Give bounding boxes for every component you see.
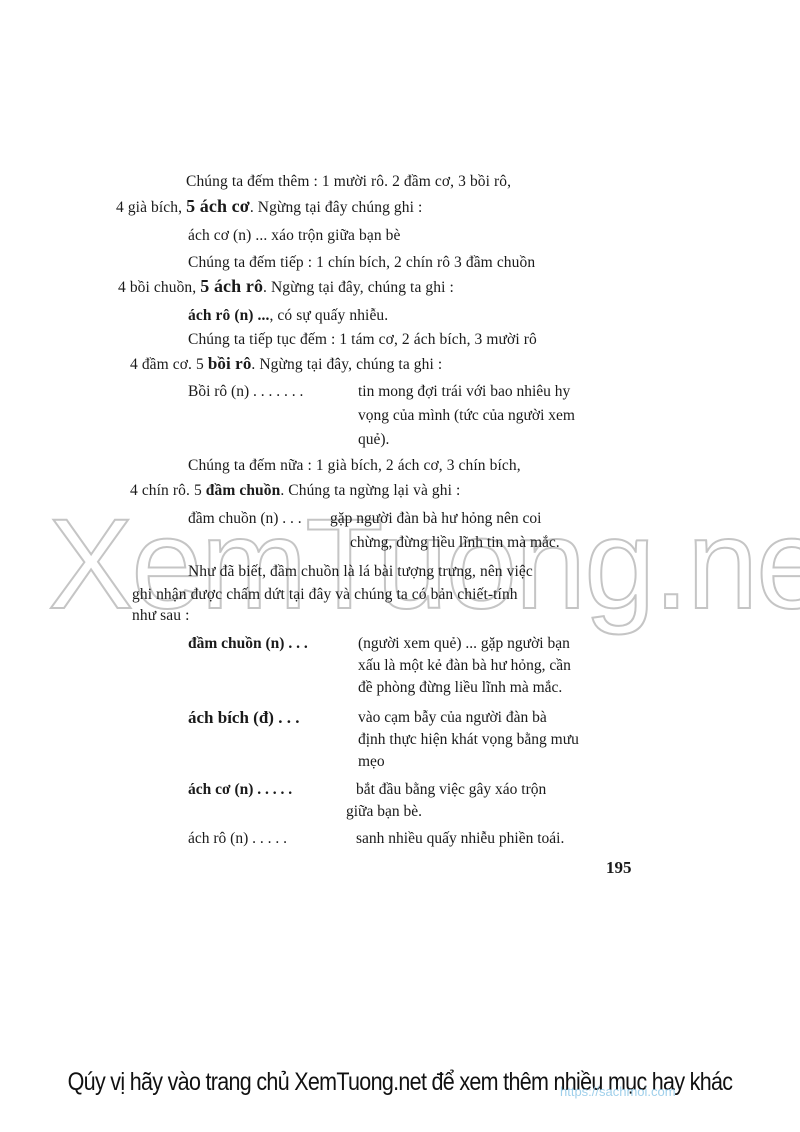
summary-entry-4: ách rô (n) . . . . . sanh nhiều quấy nhi… [188,827,648,853]
summary-entry-1-def-line-2: xấu là một kẻ đàn bà hư hỏng, cần [358,654,571,678]
note-1-term: ách cơ (n) ... [188,227,267,244]
footer-overlay-link: https://sachmoi.com [560,1084,676,1099]
summary-entry-3: ách cơ (n) . . . . . bắt đầu bằng việc g… [188,778,648,826]
summary-entry-2: ách bích (đ) . . . vào cạm bẫy của người… [188,706,648,778]
note-4-def-line-2: chừng, đừng liều lĩnh tin mà mắc. [350,531,560,555]
book-page: XemTuong.net Chúng ta đếm thêm : 1 mười … [0,0,800,1132]
note-2-term: ách rô (n) ... [188,307,269,324]
summary-entry-2-term: ách bích (đ) . . . [188,706,299,730]
note-1-def: xáo trộn giữa bạn bè [271,227,400,244]
paragraph-1-suffix: . Ngừng tại đây chúng ghi : [250,199,423,216]
paragraph-3-line-2: 4 đầm cơ. 5 bồi rô. Ngừng tại đây, chúng… [130,354,442,375]
paragraph-4-line-2: 4 chín rô. 5 đầm chuồn. Chúng ta ngừng l… [130,481,460,501]
note-3-def-line-1: tin mong đợi trái với bao nhiêu hy [358,380,570,404]
summary-entry-1-def-line-1: (người xem quẻ) ... gặp người bạn [358,632,570,656]
paragraph-2-line-1: Chúng ta đếm tiếp : 1 chín bích, 2 chín … [188,253,535,273]
summary-entry-1-def-line-3: đề phòng đừng liều lĩnh mà mắc. [358,676,562,700]
note-3-def-line-3: quẻ). [358,428,389,452]
paragraph-2-suffix: . Ngừng tại đây, chúng ta ghi : [263,279,454,296]
paragraph-3-prefix: 4 đầm cơ. 5 [130,356,208,373]
note-4-def-line-1: gặp người đàn bà hư hỏng nên coi [330,507,541,531]
note-1: ách cơ (n) ... xáo trộn giữa bạn bè [188,226,401,246]
summary-entry-4-def-line-1: sanh nhiều quấy nhiễu phiền toái. [356,827,564,851]
paragraph-2-line-2: 4 bồi chuồn, 5 ách rô. Ngừng tại đây, ch… [118,276,454,298]
note-3-term: Bồi rô (n) . . . . . . . [188,380,303,404]
note-4: đầm chuồn (n) . . . gặp người đàn bà hư … [188,507,648,557]
summary-entry-1-term: đầm chuồn (n) . . . [188,632,308,656]
paragraph-4-prefix: 4 chín rô. 5 [130,482,206,499]
paragraph-1-line-1: Chúng ta đếm thêm : 1 mười rô. 2 đầm cơ,… [186,172,511,192]
paragraph-3-suffix: . Ngừng tại đây, chúng ta ghi : [251,356,442,373]
summary-entry-1: đầm chuồn (n) . . . (người xem quẻ) ... … [188,632,648,704]
note-4-term: đầm chuồn (n) . . . [188,507,302,531]
paragraph-1-line-2: 4 già bích, 5 ách cơ. Ngừng tại đây chún… [116,196,422,218]
summary-entry-3-term: ách cơ (n) . . . . . [188,778,292,802]
note-3-def-line-2: vọng của mình (tức của người xem [358,404,575,428]
paragraph-4-line-1: Chúng ta đếm nữa : 1 già bích, 2 ách cơ,… [188,456,521,476]
paragraph-1-bold: 5 ách cơ [186,196,250,216]
summary-intro-line-2: ghi nhận được chấm dứt tại đây và chúng … [132,585,518,605]
summary-entry-3-def-line-1: bắt đầu bằng việc gây xáo trộn [356,778,546,802]
summary-entry-3-def-line-2: giữa bạn bè. [346,800,422,824]
note-2-def: , có sự quấy nhiễu. [269,307,388,324]
paragraph-4-suffix: . Chúng ta ngừng lại và ghi : [280,482,460,499]
paragraph-2-prefix: 4 bồi chuồn, [118,279,200,296]
paragraph-1-prefix: 4 già bích, [116,199,186,216]
paragraph-3-bold: bồi rô [208,354,252,373]
summary-intro-line-1: Như đã biết, đầm chuồn là lá bài tượng t… [188,562,533,582]
paragraph-3-line-1: Chúng ta tiếp tục đếm : 1 tám cơ, 2 ách … [188,330,537,350]
note-2: ách rô (n) ..., có sự quấy nhiễu. [188,306,388,326]
paragraph-4-bold: đầm chuồn [206,482,281,499]
summary-entry-2-def-line-1: vào cạm bẫy của người đàn bà [358,706,547,730]
summary-entry-2-def-line-3: mẹo [358,750,385,774]
page-number: 195 [606,858,632,878]
summary-intro-line-3: như sau : [132,606,190,626]
summary-entry-2-def-line-2: định thực hiện khát vọng bằng mưu [358,728,579,752]
paragraph-2-bold: 5 ách rô [200,276,263,296]
summary-entry-4-term: ách rô (n) . . . . . [188,827,287,851]
note-3: Bồi rô (n) . . . . . . . tin mong đợi tr… [188,380,648,460]
